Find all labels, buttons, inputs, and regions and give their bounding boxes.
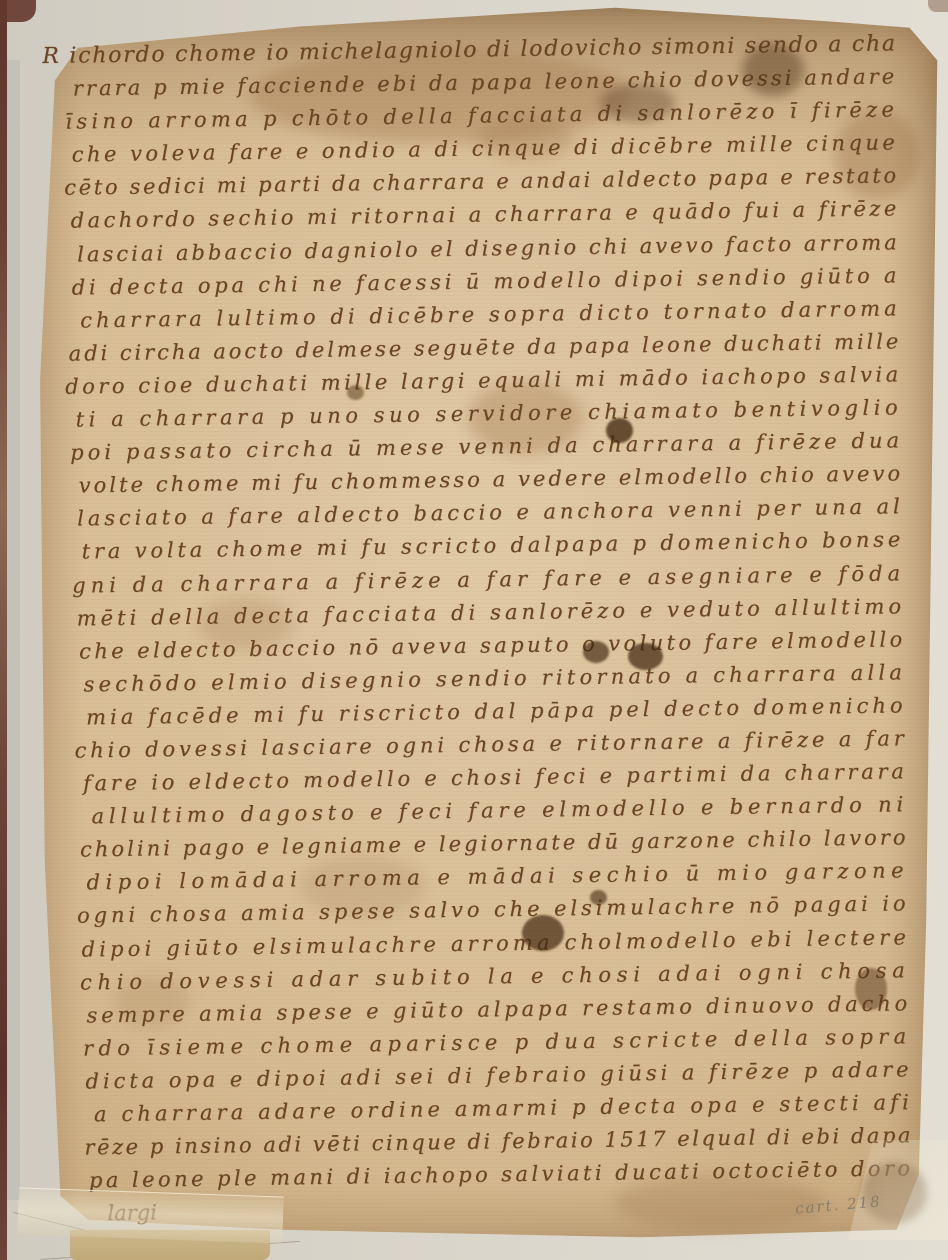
backing-sheet-edge — [7, 60, 20, 1200]
binding-corner-mark — [0, 0, 36, 22]
manuscript-text: R ichordo chome io michelagniolo di lodo… — [42, 27, 928, 1231]
binding-corner-mark — [928, 0, 948, 12]
manuscript-photo: R ichordo chome io michelagniolo di lodo… — [0, 0, 948, 1260]
tape-repair — [17, 1187, 283, 1243]
binding-edge-strip — [0, 0, 7, 1260]
